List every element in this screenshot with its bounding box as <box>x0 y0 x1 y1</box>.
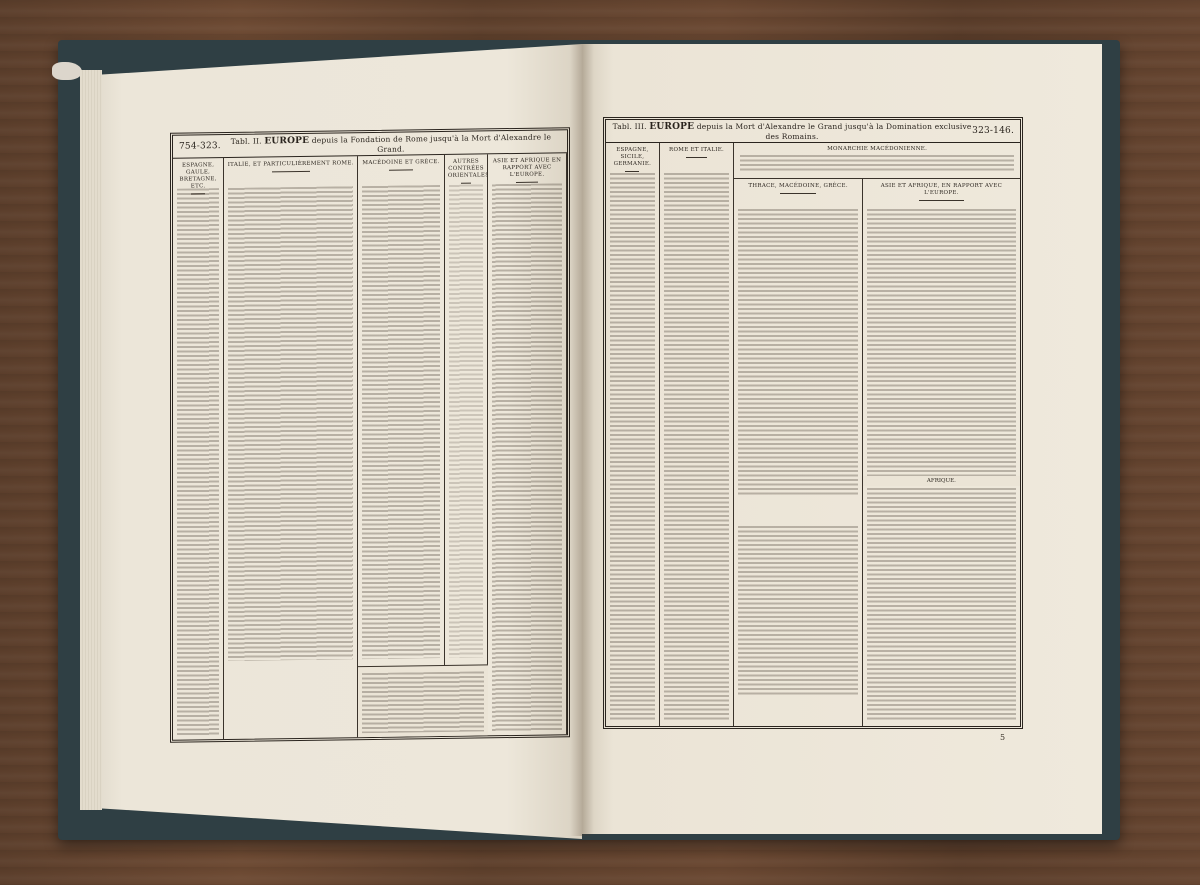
afrique-subheading: Afrique. <box>863 476 1020 486</box>
left-title: Tabl. II. EUROPE depuis la Fondation de … <box>221 132 561 156</box>
page-edges <box>80 70 102 810</box>
left-table-frame: 754-323. Tabl. II. EUROPE depuis la Fond… <box>170 127 570 743</box>
alexandre-entry <box>358 664 488 737</box>
monarchie-banner: Monarchie macédonienne. <box>734 143 1020 179</box>
page-number: 5 <box>1000 733 1005 742</box>
column-asie-afrique: Asie et Afrique en rapport avec l'Europe… <box>488 153 567 735</box>
book-gutter <box>570 44 594 836</box>
right-years: 323-146. <box>972 126 1014 136</box>
column-text <box>177 188 219 736</box>
column-text-lower <box>738 526 858 696</box>
right-title: Tabl. III. EUROPE depuis la Mort d'Alexa… <box>612 122 972 141</box>
right-page-header: Tabl. III. EUROPE depuis la Mort d'Alexa… <box>606 120 1020 143</box>
macedonian-section: Monarchie macédonienne. Thrace, Macédoin… <box>734 143 1020 726</box>
column-orientales: Autres contrées orientales. <box>445 154 488 736</box>
column-text <box>449 184 483 657</box>
banner-text <box>740 155 1014 171</box>
column-italie: Italie, et particulièrement Rome. <box>224 156 358 739</box>
column-text <box>664 173 730 722</box>
column-text <box>867 209 1016 722</box>
torn-spine-corner <box>52 62 82 80</box>
column-thrace-macedoine-grece: Thrace, Macédoine, Grèce. <box>734 179 863 726</box>
column-espagne-sicile: Espagne, Sicile, Germanie. <box>606 143 660 726</box>
column-asie-afrique-right: Asie et Afrique, en rapport avec l'Europ… <box>863 179 1020 726</box>
column-text <box>610 173 655 722</box>
column-text <box>362 185 440 659</box>
column-macedoine: Macédoine et Grèce. <box>358 155 445 737</box>
column-rome-italie: Rome et Italie. <box>660 143 735 726</box>
column-text <box>738 209 858 496</box>
column-text <box>492 183 562 731</box>
right-table-frame: Tabl. III. EUROPE depuis la Mort d'Alexa… <box>603 117 1023 729</box>
column-espagne: Espagne, Gaule, Bretagne, etc. <box>173 158 224 740</box>
left-years: 754-323. <box>179 141 221 152</box>
column-text <box>228 186 353 661</box>
